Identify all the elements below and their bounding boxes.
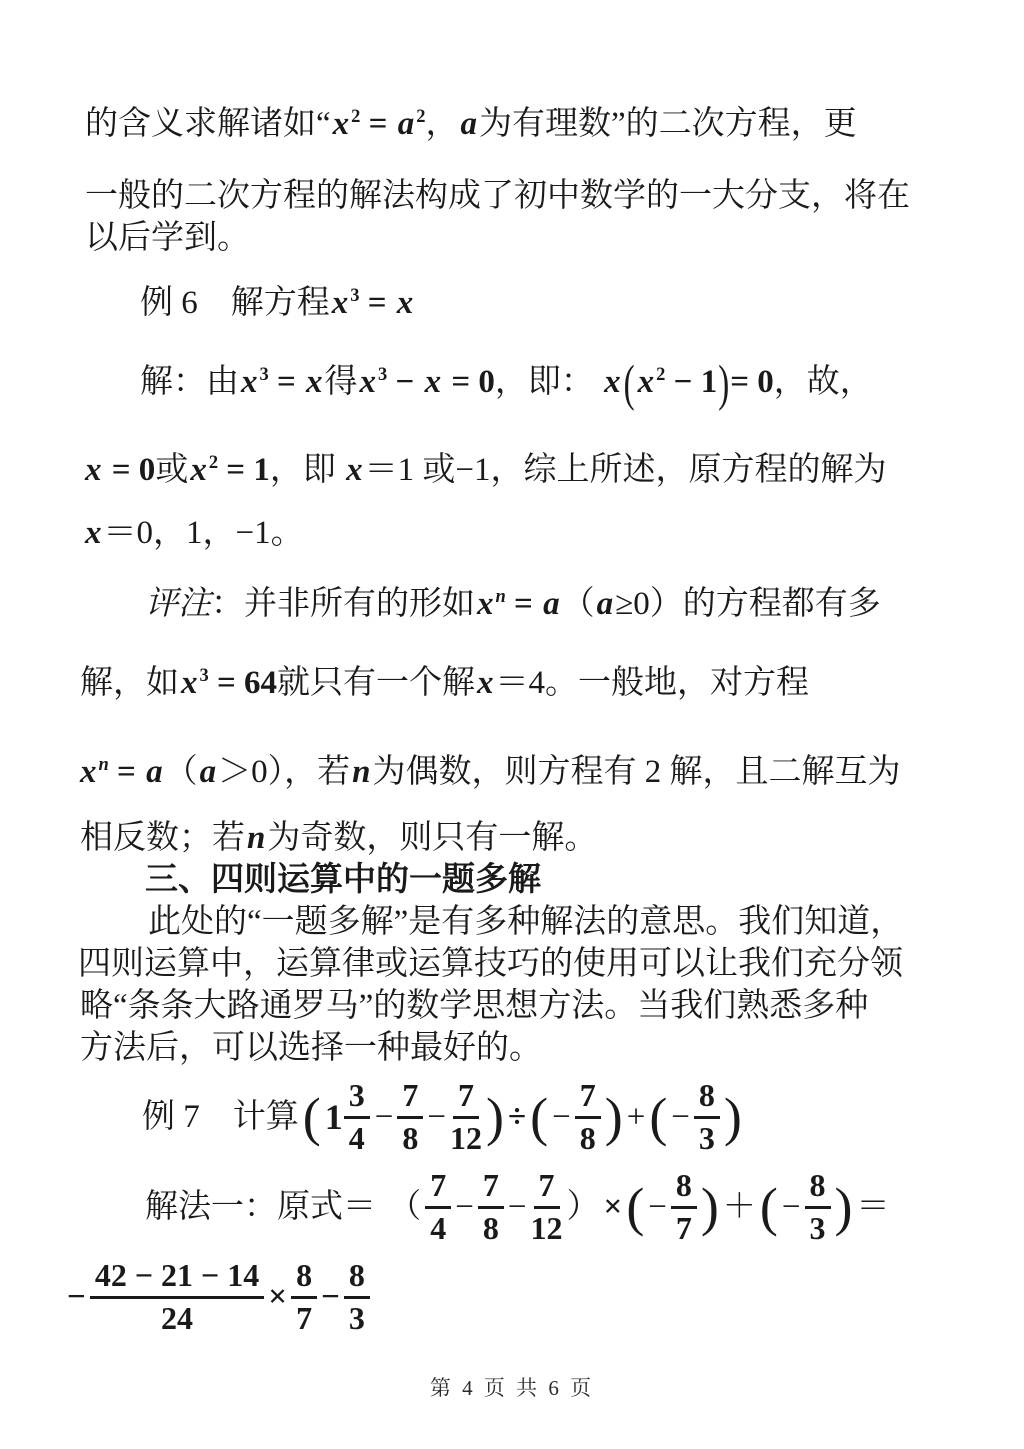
math-paren: ( [649, 1090, 667, 1144]
math-paren: ( [303, 1090, 321, 1144]
math-variable: n [245, 820, 267, 856]
math-paren: ) [605, 1090, 623, 1144]
math-fraction: 87 [291, 1258, 317, 1337]
fraction-denominator: 3 [810, 1209, 826, 1247]
solution6-line3: x＝0，1，−1。 [83, 513, 304, 554]
section3-para-line4: 方法后，可以选择一种最好的。 [80, 1028, 542, 1069]
text-run: 就只有一个解 [277, 665, 475, 701]
math-fraction: 712 [450, 1078, 482, 1157]
fraction-denominator: 3 [699, 1119, 715, 1157]
math-variable: x [330, 285, 351, 321]
text-run: 的含义求解诸如“ [85, 106, 331, 142]
text-run: 例 6 解方程 [140, 285, 330, 321]
text-run: 得 [325, 364, 358, 400]
math-fraction: 83 [694, 1078, 720, 1157]
math-variable: x [83, 515, 104, 551]
page-footer: 第 4 页 共 6 页 [0, 1372, 1024, 1402]
math-text: （ [388, 1187, 421, 1228]
example6-title: 例 6 解方程x3 = x [140, 283, 415, 324]
text-run: ，即： [495, 364, 602, 400]
math-text: + [627, 1097, 646, 1138]
para1-line2: 一般的二次方程的解法构成了初中数学的一大分支，将在 [85, 176, 910, 217]
math-mixed-number: 134 [325, 1078, 371, 1157]
math-operator: − 1 [665, 364, 717, 400]
math-superscript: 3 [200, 665, 209, 685]
text-run: 一般的二次方程的解法构成了初中数学的一大分支，将在 [85, 178, 910, 214]
text-run: 。一般地，对方程 [545, 665, 809, 701]
math-variable: a [396, 106, 417, 142]
text-run: 四则运算中，运算律或运算技巧的使用可以让我们充分领 [78, 946, 903, 982]
fraction-denominator: 3 [349, 1299, 365, 1337]
math-text: − [782, 1187, 801, 1228]
math-fraction: 83 [805, 1168, 831, 1247]
text-run: ， [425, 106, 458, 142]
italic-text-run: 评注 [145, 586, 211, 622]
fraction-numerator: 8 [671, 1168, 697, 1209]
math-superscript: 2 [351, 106, 360, 126]
text-run: 此处的“一题多解”是有多种解法的意思。我们知道， [148, 904, 903, 940]
note-line4: 相反数；若n为奇数，则只有一解。 [80, 818, 597, 859]
math-paren: ) [724, 1090, 742, 1144]
text-run: 相反数；若 [80, 820, 245, 856]
math-superscript: 2 [209, 452, 218, 472]
math-paren: ) [701, 1180, 719, 1234]
text-run: ，故， [774, 364, 873, 400]
math-variable: x [179, 665, 200, 701]
math-text: − [427, 1097, 446, 1138]
math-superscript: 2 [656, 364, 665, 384]
text-run: ）的方程都有多 [650, 586, 881, 622]
math-operator: − [321, 1277, 340, 1318]
math-variable: x [358, 364, 379, 400]
math-variable: a [541, 586, 562, 622]
text-run: 方法后，可以选择一种最好的。 [80, 1030, 542, 1066]
fraction-numerator: 8 [344, 1258, 370, 1299]
fraction-numerator: 7 [534, 1168, 560, 1209]
section3-para-line2: 四则运算中，运算律或运算技巧的使用可以让我们充分领 [78, 944, 903, 985]
fraction-denominator: 24 [161, 1299, 193, 1337]
solution6-line2: x = 0或x2 = 1，即 x＝1 或−1，综上所述，原方程的解为 [83, 450, 886, 491]
fraction-numerator: 8 [805, 1168, 831, 1209]
fraction-denominator: 8 [483, 1209, 499, 1247]
text-run: 为偶数，则方程有 2 解，且二解互为 [372, 754, 900, 790]
para1-line1: 的含义求解诸如“x2 = a2，a为有理数”的二次方程，更 [85, 104, 857, 145]
math-fraction: 42 − 21 − 1424 [90, 1258, 264, 1337]
math-text: − [455, 1187, 474, 1228]
math-operator: = 0 [104, 452, 156, 488]
math-text: − [648, 1187, 667, 1228]
math-operator: − [387, 364, 422, 400]
math-fraction: 712 [531, 1168, 563, 1247]
fraction-denominator: 12 [531, 1209, 563, 1247]
document-page: 的含义求解诸如“x2 = a2，a为有理数”的二次方程，更一般的二次方程的解法构… [0, 0, 1024, 1449]
fraction-denominator: 8 [402, 1119, 418, 1157]
math-variable: a [595, 586, 616, 622]
math-superscript: 3 [378, 364, 387, 384]
math-variable: a [458, 106, 479, 142]
math-paren: ) [835, 1180, 853, 1234]
math-variable: x [602, 364, 623, 400]
mixed-whole-part: 1 [325, 1095, 343, 1140]
math-paren: ( [623, 353, 636, 417]
math-operator: ÷ [508, 1097, 526, 1138]
note-line1: 评注：并非所有的形如xn = a（a≥0）的方程都有多 [145, 584, 881, 625]
math-operator: = 0 [730, 364, 774, 400]
math-paren: ) [486, 1090, 504, 1144]
math-variable: x [475, 586, 496, 622]
math-superscript: n [496, 586, 506, 606]
text-run: ，综上所述，原方程的解为 [490, 452, 886, 488]
fraction-numerator: 8 [291, 1258, 317, 1299]
fraction-numerator: 42 − 21 − 14 [90, 1258, 264, 1299]
math-text: ＝0，1，−1 [104, 515, 271, 551]
math-operator: = [269, 364, 304, 400]
bold-text-run: 三、四则运算中的一题多解 [145, 862, 541, 898]
math-fraction: 74 [425, 1168, 451, 1247]
text-run: ），若 [268, 754, 351, 790]
text-run: 为有理数”的二次方程，更 [479, 106, 857, 142]
math-text: ＋ [723, 1187, 756, 1228]
math-text: ＝4 [496, 665, 546, 701]
math-text: − [375, 1097, 394, 1138]
fraction-denominator: 12 [450, 1119, 482, 1157]
fraction-denominator: 7 [296, 1299, 312, 1337]
math-variable: x [78, 754, 99, 790]
math-superscript: 3 [260, 364, 269, 384]
text-run: 解法一：原式＝ [145, 1187, 384, 1228]
solution7-line1: 解法一：原式＝ （74−78−712）×(−87)＋(−83)＝ [143, 1168, 892, 1247]
note-line2: 解，如x3 = 64就只有一个解x＝4。一般地，对方程 [80, 663, 809, 704]
math-paren: ( [626, 1180, 644, 1234]
math-operator: = [359, 285, 394, 321]
fraction-denominator: 8 [580, 1119, 596, 1157]
math-operator: = 0 [443, 364, 495, 400]
solution6-line1: 解：由x3 = x得x3 − x = 0，即： x(x2 − 1)= 0，故， [140, 362, 873, 406]
text-run: 以后学到。 [85, 220, 250, 256]
math-text: − [508, 1187, 527, 1228]
math-paren: ( [530, 1090, 548, 1144]
math-text: − [671, 1097, 690, 1138]
fraction-numerator: 7 [453, 1078, 479, 1119]
math-variable: x [239, 364, 260, 400]
text-run: 或 [155, 452, 188, 488]
text-run: （ [165, 754, 198, 790]
math-variable: a [144, 754, 165, 790]
math-text: ≥0 [615, 586, 650, 622]
text-run: 略“条条大路通罗马”的数学思想方法。当我们熟悉多种 [80, 988, 868, 1024]
math-fraction: 87 [671, 1168, 697, 1247]
text-run: 解：由 [140, 364, 239, 400]
math-operator: × [268, 1277, 287, 1318]
math-text: ＞0 [218, 754, 268, 790]
math-variable: x [636, 364, 657, 400]
fraction-denominator: 7 [676, 1209, 692, 1247]
math-text: ＝ [857, 1187, 890, 1228]
text-run: ，即 [270, 452, 344, 488]
math-text: ＝1 或−1 [365, 452, 491, 488]
math-variable: x [423, 364, 444, 400]
math-fraction: 34 [344, 1078, 370, 1157]
math-variable: x [331, 106, 352, 142]
section3-para-line3: 略“条条大路通罗马”的数学思想方法。当我们熟悉多种 [80, 986, 868, 1027]
solution7-line2: −42 − 21 − 1424×87−83 [65, 1258, 372, 1337]
math-fraction: 78 [575, 1078, 601, 1157]
example7-title: 例 7 计算(134−78−712)÷(−78)+(−83) [140, 1078, 744, 1157]
math-operator: = [506, 586, 541, 622]
fraction-numerator: 3 [344, 1078, 370, 1119]
math-operator: × [604, 1187, 623, 1228]
math-fraction: 83 [344, 1258, 370, 1337]
fraction-denominator: 4 [349, 1119, 365, 1157]
math-variable: x [304, 364, 325, 400]
fraction-numerator: 7 [478, 1168, 504, 1209]
math-variable: x [188, 452, 209, 488]
text-run: （ [562, 586, 595, 622]
math-variable: x [83, 452, 104, 488]
text-run: 。 [271, 515, 304, 551]
math-fraction: 78 [397, 1078, 423, 1157]
math-operator: = [360, 106, 395, 142]
math-variable: x [475, 665, 496, 701]
text-run: 解，如 [80, 665, 179, 701]
para1-line3: 以后学到。 [85, 218, 250, 259]
math-text: − [552, 1097, 571, 1138]
math-text: ） [567, 1187, 600, 1228]
page-number-text: 第 4 页 共 6 页 [430, 1376, 594, 1400]
fraction-numerator: 7 [397, 1078, 423, 1119]
math-operator: = 1 [218, 452, 270, 488]
math-variable: n [350, 754, 372, 790]
text-run: 例 7 计算 [142, 1097, 299, 1138]
math-fraction: 78 [478, 1168, 504, 1247]
math-paren: ) [717, 353, 730, 417]
text-run: 为奇数，则只有一解。 [267, 820, 597, 856]
section3-heading: 三、四则运算中的一题多解 [145, 860, 541, 901]
fraction-numerator: 7 [575, 1078, 601, 1119]
math-operator: = [109, 754, 144, 790]
text-run: ：并非所有的形如 [211, 586, 475, 622]
section3-para-line1: 此处的“一题多解”是有多种解法的意思。我们知道， [148, 902, 903, 943]
math-paren: ( [760, 1180, 778, 1234]
note-line3: xn = a（a＞0），若n为偶数，则方程有 2 解，且二解互为 [78, 752, 900, 793]
math-operator: − [67, 1277, 86, 1318]
fraction-denominator: 4 [430, 1209, 446, 1247]
math-variable: x [395, 285, 416, 321]
math-variable: x [344, 452, 365, 488]
math-variable: a [198, 754, 219, 790]
math-operator: = 64 [209, 665, 277, 701]
fraction-numerator: 8 [694, 1078, 720, 1119]
fraction-numerator: 7 [425, 1168, 451, 1209]
math-superscript: n [99, 754, 109, 774]
